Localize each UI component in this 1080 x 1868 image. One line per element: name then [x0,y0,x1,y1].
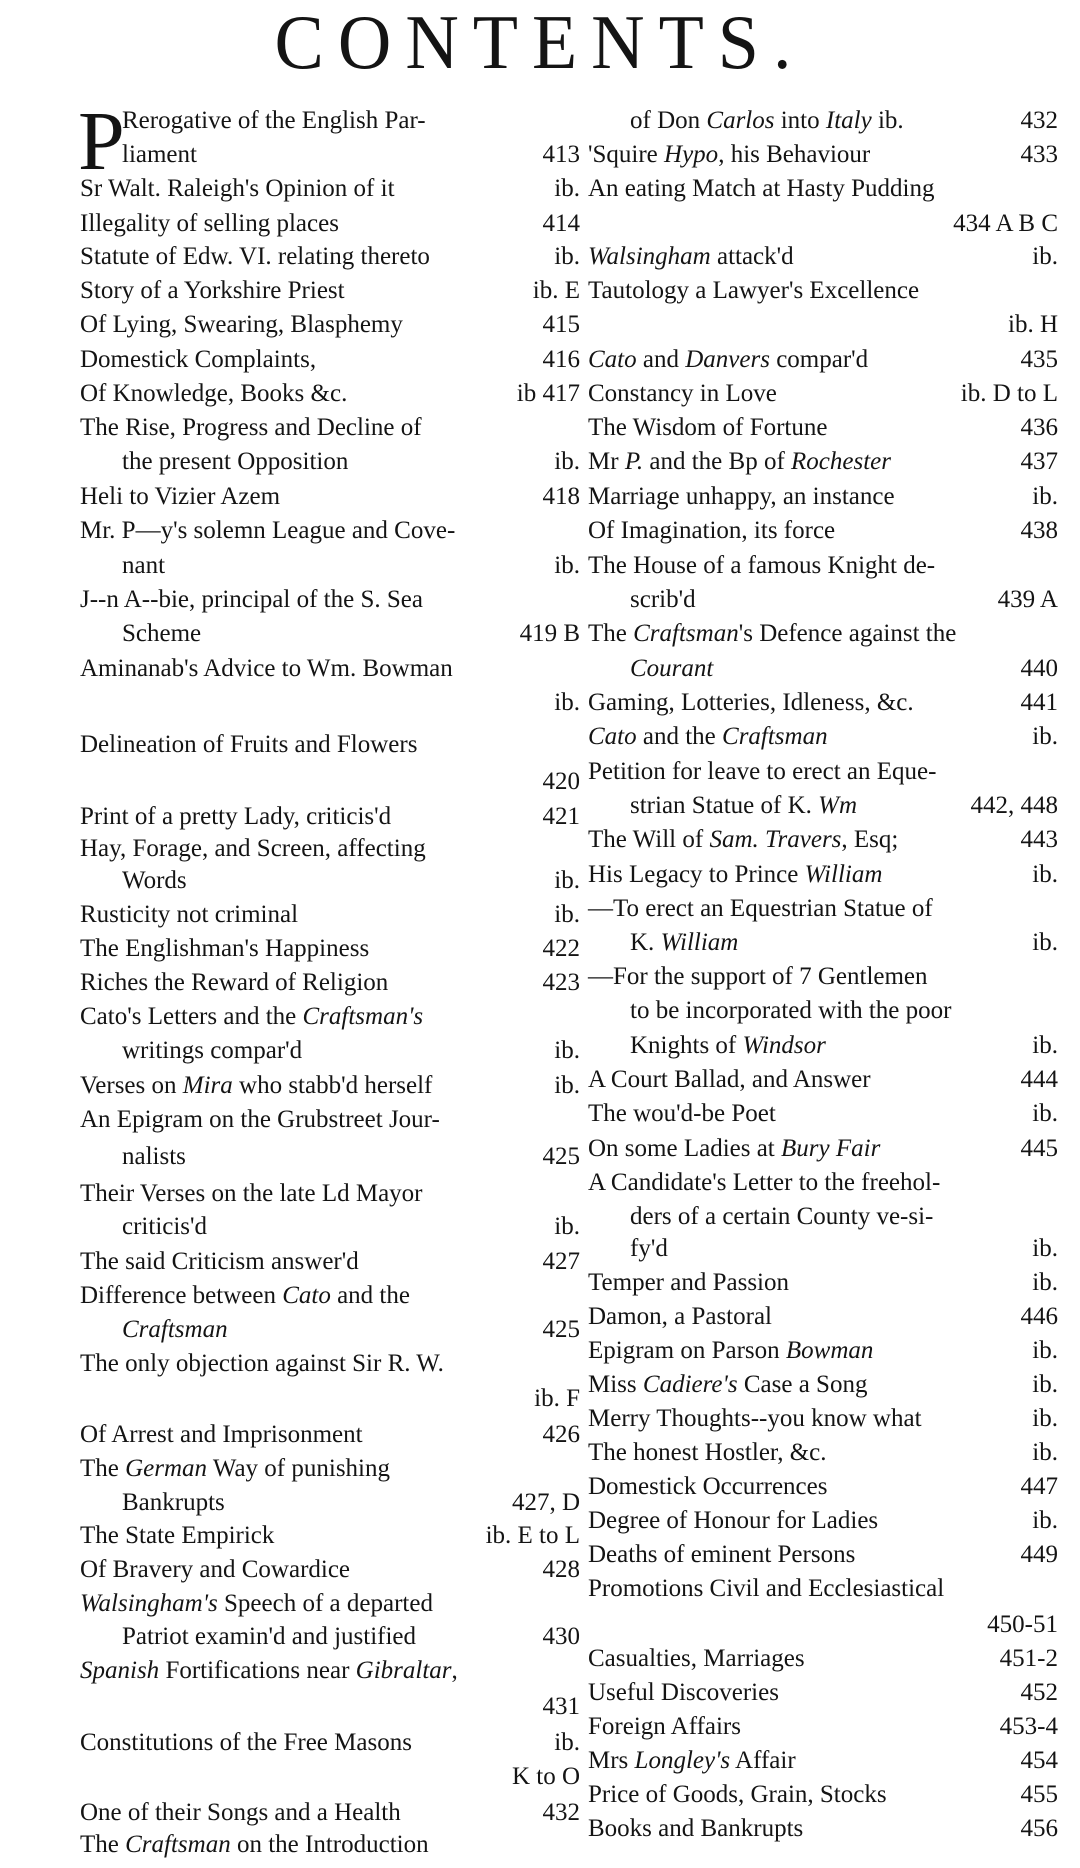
contents-entry: The State Empirickib. E to L [80,1519,580,1553]
contents-entry: Epigram on Parson Bowmanib. [588,1334,1058,1368]
entry-page-number: 452 [1021,1676,1059,1710]
contents-entry: Knights of Windsorib. [588,1029,1058,1063]
entry-title: Degree of Honour for Ladies [588,1504,878,1538]
contents-entry: Petition for leave to erect an Eque- [588,755,1058,789]
entry-title: An eating Match at Hasty Pudding [588,172,934,206]
entry-title: The Wisdom of Fortune [588,411,827,445]
entry-page-number: 432 [1021,104,1059,138]
entry-title: Temper and Passion [588,1266,789,1300]
entry-page-number: ib. [1032,1504,1058,1538]
contents-entry: Domestick Occurrences447 [588,1470,1058,1504]
entry-title: The State Empirick [80,1519,274,1553]
contents-entry: the present Oppositionib. [80,445,580,479]
contents-entry: Riches the Reward of Religion423 [80,966,580,1000]
contents-entry: writings compar'dib. [80,1034,580,1068]
entry-page-number: 440 [1021,652,1059,686]
entry-title: An Epigram on the Grubstreet Jour- [80,1103,440,1137]
entry-title: The said Criticism answer'd [80,1245,359,1279]
entry-title: The Rise, Progress and Decline of [80,411,422,445]
contents-entry: Hay, Forage, and Screen, affecting [80,832,580,866]
contents-entry: Of Imagination, its force438 [588,514,1058,548]
entry-title: The House of a famous Knight de- [588,549,935,583]
entry-title: The Craftsman's Defence against the [588,617,956,651]
entry-title: Aminanab's Advice to Wm. Bowman [80,652,453,686]
contents-right-column: of Don Carlos into Italy ib.432'Squire H… [588,0,1058,1868]
entry-page-number: 456 [1021,1812,1059,1846]
entry-page-number: ib. [554,898,580,932]
entry-page-number: ib. [554,1034,580,1068]
contents-entry: strian Statue of K. Wm442, 448 [588,789,1058,823]
entry-page-number: ib. [1032,1266,1058,1300]
entry-page-number: 438 [1021,514,1059,548]
entry-title: nalists [122,1140,186,1174]
contents-entry: An Epigram on the Grubstreet Jour- [80,1103,580,1137]
contents-entry: The House of a famous Knight de- [588,549,1058,583]
entry-page-number: ib. [554,172,580,206]
entry-title: criticis'd [122,1210,207,1244]
contents-entry: The Rise, Progress and Decline of [80,411,580,445]
entry-page-number: ib. [554,445,580,479]
contents-entry: Promotions Civil and Ecclesiastical [588,1572,1058,1606]
entry-title: Courant [630,652,713,686]
contents-entry: Walsingham's Speech of a departed [80,1587,580,1621]
entry-title: Cato and Danvers compar'd [588,343,868,377]
entry-page-number: ib. [1032,926,1058,960]
entry-page-number: ib. [1032,1402,1058,1436]
contents-entry: Of Arrest and Imprisonment426 [80,1418,580,1452]
entry-page-number: 419 B [520,617,580,651]
entry-page-number: 435 [1021,343,1059,377]
entry-title: Cato's Letters and the Craftsman's [80,1000,423,1034]
contents-entry: The honest Hostler, &c.ib. [588,1436,1058,1470]
contents-entry: Foreign Affairs453-4 [588,1710,1058,1744]
contents-entry: His Legacy to Prince Williamib. [588,858,1058,892]
contents-entry: The Wisdom of Fortune436 [588,411,1058,445]
contents-entry: Marriage unhappy, an instanceib. [588,480,1058,514]
entry-title: On some Ladies at Bury Fair [588,1132,880,1166]
entry-title: The Will of Sam. Travers, Esq; [588,823,898,857]
contents-entry: —To erect an Equestrian Statue of [588,892,1058,926]
entry-title: Miss Cadiere's Case a Song [588,1368,867,1402]
contents-entry: Craftsman425 [80,1313,580,1347]
contents-entry: Cato and Danvers compar'd435 [588,343,1058,377]
entry-page-number: 431 [543,1690,581,1724]
entry-title: Difference between Cato and the [80,1279,410,1313]
contents-entry: Constitutions of the Free Masonsib. [80,1726,580,1760]
entry-title: A Court Ballad, and Answer [588,1063,871,1097]
entry-title: Of Arrest and Imprisonment [80,1418,363,1452]
contents-entry: K to O [80,1760,580,1794]
entry-title: Of Lying, Swearing, Blasphemy [80,308,403,342]
contents-entry: Domestick Complaints,416 [80,343,580,377]
contents-entry: Statute of Edw. VI. relating theretoib. [80,240,580,274]
contents-entry: to be incorporated with the poor [588,994,1058,1028]
entry-page-number: 433 [1021,138,1059,172]
contents-entry: Bankrupts427, D [80,1486,580,1520]
entry-title: Knights of Windsor [630,1029,826,1063]
entry-title: of Don Carlos into Italy ib. [630,104,904,138]
contents-entry: ders of a certain County ve-si- [588,1200,1058,1234]
entry-title: Books and Bankrupts [588,1812,803,1846]
contents-entry: Casualties, Marriages451-2 [588,1642,1058,1676]
entry-page-number: ib. [554,1726,580,1760]
contents-entry: The Craftsman's Defence against the [588,617,1058,651]
entry-title: —For the support of 7 Gentlemen [588,960,928,994]
entry-page-number: ib. D to L [961,377,1058,411]
entry-title: The only objection against Sir R. W. [80,1347,444,1381]
contents-entry: Illegality of selling places414 [80,207,580,241]
entry-page-number: ib. [554,686,580,720]
entry-title: Words [122,864,187,898]
contents-entry: liament413 [80,138,580,172]
contents-entry: —For the support of 7 Gentlemen [588,960,1058,994]
entry-page-number: ib. [1032,720,1058,754]
contents-entry: Constancy in Loveib. D to L [588,377,1058,411]
contents-left-column: PRerogative of the English Par-liament41… [80,0,580,1868]
contents-entry: Price of Goods, Grain, Stocks455 [588,1778,1058,1812]
entry-title: Walsingham's Speech of a departed [80,1587,433,1621]
contents-entry: Sr Walt. Raleigh's Opinion of itib. [80,172,580,206]
contents-entry: Spanish Fortifications near Gibraltar, [80,1654,580,1688]
entry-title: strian Statue of K. Wm [630,789,857,823]
entry-page-number: 427, D [512,1486,580,1520]
entry-title: Print of a pretty Lady, criticis'd [80,800,391,834]
entry-title: The wou'd-be Poet [588,1097,776,1131]
entry-title: Constitutions of the Free Masons [80,1726,412,1760]
entry-page-number: K to O [512,1760,580,1794]
contents-entry: Aminanab's Advice to Wm. Bowman [80,652,580,686]
contents-entry: 'Squire Hypo, his Behaviour433 [588,138,1058,172]
entry-title: The Craftsman on the Introduction [80,1828,429,1862]
entry-title: Gaming, Lotteries, Idleness, &c. [588,686,914,720]
entry-page-number: ib. [1032,1436,1058,1470]
entry-page-number: ib 417 [517,377,580,411]
contents-entry: PRerogative of the English Par- [80,104,580,138]
entry-title: the present Opposition [122,445,348,479]
entry-title: Patriot examin'd and justified [122,1620,416,1654]
contents-entry: nantib. [80,549,580,583]
contents-entry: Rusticity not criminalib. [80,898,580,932]
entry-title: Spanish Fortifications near Gibraltar, [80,1654,458,1688]
entry-title: Of Imagination, its force [588,514,835,548]
entry-page-number: 426 [543,1418,581,1452]
contents-entry: K. Williamib. [588,926,1058,960]
entry-page-number: 422 [543,932,581,966]
contents-entry: Books and Bankrupts456 [588,1812,1058,1846]
contents-entry: Miss Cadiere's Case a Songib. [588,1368,1058,1402]
entry-page-number: ib. E to L [486,1519,580,1553]
entry-title: 'Squire Hypo, his Behaviour [588,138,870,172]
entry-title: Their Verses on the late Ld Mayor [80,1177,423,1211]
entry-title: J--n A--bie, principal of the S. Sea [80,583,423,617]
entry-title: Of Bravery and Cowardice [80,1553,350,1587]
entry-title: Of Knowledge, Books &c. [80,377,347,411]
contents-entry: Of Knowledge, Books &c.ib 417 [80,377,580,411]
entry-title: Casualties, Marriages [588,1642,805,1676]
contents-entry: One of their Songs and a Health432 [80,1796,580,1830]
contents-entry: Verses on Mira who stabb'd herselfib. [80,1069,580,1103]
entry-page-number: 413 [543,138,581,172]
entry-title: Delineation of Fruits and Flowers [80,728,417,762]
entry-page-number: 437 [1021,445,1059,479]
contents-entry: The German Way of punishing [80,1452,580,1486]
entry-title: Foreign Affairs [588,1710,741,1744]
entry-page-number: 425 [543,1140,581,1174]
contents-entry: scrib'd439 A [588,583,1058,617]
contents-entry: fy'dib. [588,1232,1058,1266]
contents-entry: The wou'd-be Poetib. [588,1097,1058,1131]
entry-page-number: ib. [1032,1334,1058,1368]
entry-page-number: ib. [1032,858,1058,892]
entry-title: Scheme [122,617,201,651]
contents-entry: Scheme419 B [80,617,580,651]
entry-page-number: 434 A B C [953,207,1058,241]
contents-entry: The Craftsman on the Introduction [80,1828,580,1862]
entry-page-number: 427 [543,1245,581,1279]
contents-entry: A Court Ballad, and Answer444 [588,1063,1058,1097]
entry-page-number: 443 [1021,823,1059,857]
entry-page-number: ib. [1032,1029,1058,1063]
contents-entry: Damon, a Pastoral446 [588,1300,1058,1334]
contents-entry: Patriot examin'd and justified430 [80,1620,580,1654]
entry-page-number: ib. [554,240,580,274]
contents-entry: Degree of Honour for Ladiesib. [588,1504,1058,1538]
entry-title: The Englishman's Happiness [80,932,369,966]
entry-title: Hay, Forage, and Screen, affecting [80,832,426,866]
entry-page-number: 451-2 [1000,1642,1058,1676]
contents-entry: Story of a Yorkshire Priestib. E [80,274,580,308]
entry-title: Domestick Occurrences [588,1470,827,1504]
entry-page-number: 450-51 [987,1608,1058,1642]
entry-page-number: 428 [543,1553,581,1587]
contents-entry: Temper and Passionib. [588,1266,1058,1300]
contents-entry: Useful Discoveries452 [588,1676,1058,1710]
contents-entry: 434 A B C [588,207,1058,241]
entry-title: One of their Songs and a Health [80,1796,401,1830]
entry-title: The honest Hostler, &c. [588,1436,827,1470]
entry-title: Damon, a Pastoral [588,1300,772,1334]
contents-entry: ib. H [588,308,1058,342]
entry-title: A Candidate's Letter to the freehol- [588,1166,940,1200]
entry-title: to be incorporated with the poor [630,994,951,1028]
contents-entry: of Don Carlos into Italy ib.432 [588,104,1058,138]
entry-page-number: ib. E [533,274,580,308]
entry-page-number: 445 [1021,1132,1059,1166]
entry-page-number: 453-4 [1000,1710,1058,1744]
entry-page-number: 436 [1021,411,1059,445]
entry-title: Tautology a Lawyer's Excellence [588,274,919,308]
entry-title: Sr Walt. Raleigh's Opinion of it [80,172,395,206]
entry-title: Verses on Mira who stabb'd herself [80,1069,432,1103]
entry-title: Rerogative of the English Par- [122,104,426,138]
contents-entry: Tautology a Lawyer's Excellence [588,274,1058,308]
entry-title: His Legacy to Prince William [588,858,882,892]
contents-entry: A Candidate's Letter to the freehol- [588,1166,1058,1200]
entry-title: Mr. P—y's solemn League and Cove- [80,514,455,548]
entry-title: liament [122,138,197,172]
entry-page-number: 414 [543,207,581,241]
entry-title: scrib'd [630,583,696,617]
contents-entry: Merry Thoughts--you know whatib. [588,1402,1058,1436]
contents-entry: On some Ladies at Bury Fair445 [588,1132,1058,1166]
entry-page-number: 421 [543,800,581,834]
contents-entry: Cato and the Craftsmanib. [588,720,1058,754]
entry-title: Cato and the Craftsman [588,720,828,754]
entry-page-number: ib. [1032,1368,1058,1402]
entry-page-number: 447 [1021,1470,1059,1504]
entry-page-number: ib. [1032,1232,1058,1266]
entry-title: Constancy in Love [588,377,777,411]
contents-entry: Wordsib. [80,864,580,898]
entry-page-number: 432 [543,1796,581,1830]
entry-page-number: ib. F [534,1382,580,1416]
entry-title: K. William [630,926,738,960]
contents-entry: criticis'dib. [80,1210,580,1244]
entry-title: Deaths of eminent Persons [588,1538,855,1572]
contents-entry: The said Criticism answer'd427 [80,1245,580,1279]
entry-title: —To erect an Equestrian Statue of [588,892,933,926]
contents-entry: The only objection against Sir R. W. [80,1347,580,1381]
contents-entry: Gaming, Lotteries, Idleness, &c.441 [588,686,1058,720]
contents-entry: Heli to Vizier Azem418 [80,480,580,514]
entry-title: Story of a Yorkshire Priest [80,274,345,308]
entry-page-number: 418 [543,480,581,514]
contents-entry: ib. [80,686,580,720]
entry-page-number: ib. [1032,240,1058,274]
contents-entry: 431 [80,1690,580,1724]
entry-page-number: ib. [1032,1097,1058,1131]
entry-title: nant [122,549,165,583]
contents-entry: Difference between Cato and the [80,1279,580,1313]
contents-entry: Courant440 [588,652,1058,686]
entry-title: Domestick Complaints, [80,343,316,377]
entry-title: Merry Thoughts--you know what [588,1402,922,1436]
contents-entry: Of Bravery and Cowardice428 [80,1553,580,1587]
contents-entry: Their Verses on the late Ld Mayor [80,1177,580,1211]
entry-title: ders of a certain County ve-si- [630,1200,933,1234]
entry-page-number: ib. [554,549,580,583]
entry-page-number: ib. [1032,480,1058,514]
entry-title: Promotions Civil and Ecclesiastical [588,1572,944,1606]
entry-page-number: 449 [1021,1538,1059,1572]
contents-entry: Print of a pretty Lady, criticis'd421 [80,800,580,834]
entry-page-number: ib. [554,1069,580,1103]
contents-entry: Of Lying, Swearing, Blasphemy415 [80,308,580,342]
entry-title: Rusticity not criminal [80,898,298,932]
entry-title: Craftsman [122,1313,228,1347]
entry-title: Heli to Vizier Azem [80,480,280,514]
contents-entry: Mr P. and the Bp of Rochester437 [588,445,1058,479]
entry-title: writings compar'd [122,1034,302,1068]
entry-title: Statute of Edw. VI. relating thereto [80,240,430,274]
contents-entry: Walsingham attack'dib. [588,240,1058,274]
contents-entry: nalists425 [80,1140,580,1174]
entry-title: Bankrupts [122,1486,225,1520]
entry-title: Epigram on Parson Bowman [588,1334,873,1368]
entry-page-number: 415 [543,308,581,342]
entry-page-number: 420 [543,765,581,799]
entry-title: Riches the Reward of Religion [80,966,388,1000]
entry-page-number: 446 [1021,1300,1059,1334]
entry-title: Petition for leave to erect an Eque- [588,755,936,789]
entry-title: Useful Discoveries [588,1676,779,1710]
contents-entry: Mr. P—y's solemn League and Cove- [80,514,580,548]
entry-page-number: ib. [554,1210,580,1244]
entry-page-number: ib. [554,864,580,898]
entry-title: Illegality of selling places [80,207,339,241]
contents-entry: ib. F [80,1382,580,1416]
entry-title: The German Way of punishing [80,1452,390,1486]
contents-entry: 420 [80,765,580,799]
entry-page-number: 442, 448 [971,789,1059,823]
contents-entry: Delineation of Fruits and Flowers [80,728,580,762]
entry-page-number: 430 [543,1620,581,1654]
contents-entry: The Will of Sam. Travers, Esq;443 [588,823,1058,857]
contents-entry: An eating Match at Hasty Pudding [588,172,1058,206]
contents-entry: Mrs Longley's Affair454 [588,1744,1058,1778]
entry-page-number: 416 [543,343,581,377]
contents-entry: J--n A--bie, principal of the S. Sea [80,583,580,617]
entry-title: fy'd [630,1232,668,1266]
entry-page-number: 454 [1021,1744,1059,1778]
entry-title: Mr P. and the Bp of Rochester [588,445,891,479]
entry-title: Walsingham attack'd [588,240,794,274]
entry-title: Marriage unhappy, an instance [588,480,895,514]
contents-entry: Cato's Letters and the Craftsman's [80,1000,580,1034]
contents-entry: Deaths of eminent Persons449 [588,1538,1058,1572]
entry-page-number: 441 [1021,686,1059,720]
entry-title: Price of Goods, Grain, Stocks [588,1778,887,1812]
contents-entry: 450-51 [588,1608,1058,1642]
entry-page-number: 444 [1021,1063,1059,1097]
entry-page-number: 455 [1021,1778,1059,1812]
entry-title: Mrs Longley's Affair [588,1744,796,1778]
entry-page-number: 439 A [998,583,1058,617]
entry-page-number: 425 [543,1313,581,1347]
entry-page-number: ib. H [1008,308,1058,342]
contents-entry: The Englishman's Happiness422 [80,932,580,966]
entry-page-number: 423 [543,966,581,1000]
